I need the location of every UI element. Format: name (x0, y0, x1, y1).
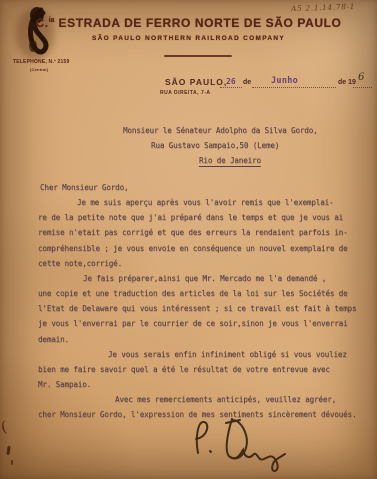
dateline-dotted-rule-month (252, 86, 336, 88)
telephone-label: TELEPHONE, N.º 2159 (13, 59, 69, 65)
street-address: RUA DIREITA, 7-A (160, 90, 211, 96)
dateline-city: SÃO PAULO, (165, 77, 227, 87)
body-line: demain. (38, 332, 369, 347)
recipient-city-line: Rio de Janeiro (199, 156, 261, 167)
body-line: re de la petite note que j'ai préparé da… (38, 210, 369, 225)
dateline-month: Junho (271, 76, 298, 86)
company-name: ESTRADA DE FERRO NORTE DE SÃO PAULO (55, 16, 342, 30)
company-abbr: C. (36, 16, 49, 30)
dateline-dotted-rule-year (353, 86, 372, 88)
dateline-dotted-rule-day (220, 86, 242, 88)
letter-page: A5 2.1.14.78-1 C.ia ESTRADA DE FERRO NOR… (0, 0, 377, 479)
letterhead-divider-rule (164, 55, 232, 57)
body-line: Je vous serais enfin infiniment obligé s… (38, 347, 369, 362)
company-subtitle: SÃO PAULO NORTHERN RAILROAD COMPANY (0, 35, 377, 42)
body-line: compréhensible ; je vous envoie en consé… (38, 241, 369, 256)
letter-body: Cher Monsieur Gordo, Je me suis aperçu a… (38, 180, 369, 423)
closing-line: Avec mes remerciements anticipés, veuill… (38, 392, 369, 407)
body-line: je vous l'enverrai par le courrier de ce… (38, 316, 369, 331)
dateline-year-digit-handwritten: 6 (358, 72, 364, 83)
body-line: l'Etat de Delaware qui vous intéressent … (38, 301, 369, 316)
body-line: cette note,corrigé. (38, 256, 369, 271)
body-line: remise n'etait pas corrigé et que des er… (38, 225, 369, 240)
dateline-particle-2: de 19 (338, 79, 356, 86)
recipient-name-line: Monsieur le Sénateur Adolpho da Silva Go… (123, 126, 318, 135)
recipient-street-line: Rua Gustavo Sampaio,50 (Leme) (151, 141, 279, 150)
body-line: bien me faire savoir quel a été le résul… (38, 362, 369, 377)
archival-annotation: A5 2.1.14.78-1 (291, 2, 355, 13)
edge-ink-speck (11, 460, 13, 465)
body-line: Mr. Sampaio. (38, 377, 369, 392)
body-line: une copie et une traduction des articles… (38, 286, 369, 301)
signature-handwritten (182, 411, 322, 475)
body-line: Je me suis aperçu après vous l'avoir rem… (38, 195, 369, 210)
edge-ink-speck (6, 446, 10, 455)
telephone-sublabel: (Central) (30, 67, 48, 72)
body-line: Je fais préparer,ainsi que Mr. Mercado m… (38, 271, 369, 286)
dateline-particle-1: de (243, 79, 251, 86)
salutation: Cher Monsieur Gordo, (38, 180, 369, 195)
edge-ink-mark: ( (0, 418, 9, 437)
company-name-line: C.ia ESTRADA DE FERRO NORTE DE SÃO PAULO (0, 16, 377, 30)
dateline-day: 26 (226, 77, 236, 86)
